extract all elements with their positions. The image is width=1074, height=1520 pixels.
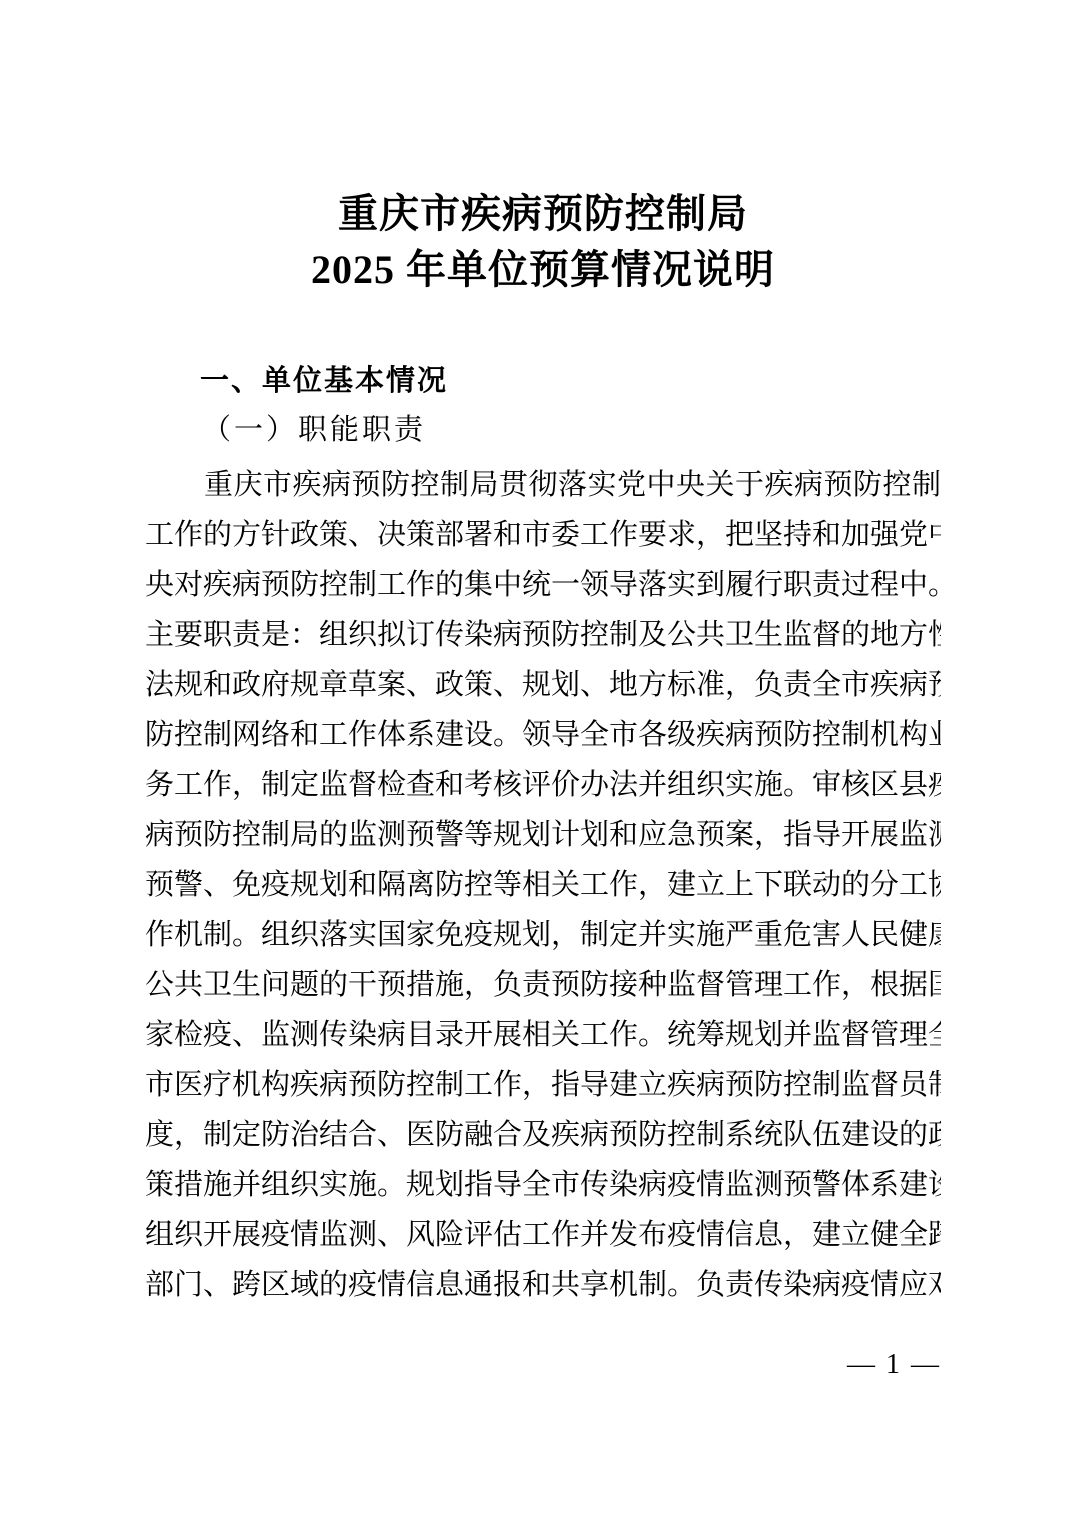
body-line: 工作的方针政策、决策部署和市委工作要求，把坚持和加强党中 [145,510,941,560]
document-page: 重庆市疾病预防控制局 2025 年单位预算情况说明 一、单位基本情况 （一）职能… [0,0,1074,1520]
body-line: 策措施并组织实施。规划指导全市传染病疫情监测预警体系建设， [145,1160,941,1210]
document-title-line1: 重庆市疾病预防控制局 [145,186,941,242]
body-line: 部门、跨区域的疫情信息通报和共享机制。负责传染病疫情应对 [145,1260,941,1310]
body-line: 法规和政府规章草案、政策、规划、地方标准，负责全市疾病预 [145,660,941,710]
subsection-heading: （一）职能职责 [202,411,426,449]
body-line: 病预防控制局的监测预警等规划计划和应急预案，指导开展监测 [145,810,941,860]
document-title: 重庆市疾病预防控制局 2025 年单位预算情况说明 [145,186,941,298]
body-line: 防控制网络和工作体系建设。领导全市各级疾病预防控制机构业 [145,710,941,760]
document-title-line2: 2025 年单位预算情况说明 [145,242,941,298]
body-line: 公共卫生问题的干预措施，负责预防接种监督管理工作，根据国 [145,960,941,1010]
body-line: 务工作，制定监督检查和考核评价办法并组织实施。审核区县疾 [145,760,941,810]
body-line: 预警、免疫规划和隔离防控等相关工作，建立上下联动的分工协 [145,860,941,910]
page-number: — 1 — [847,1348,941,1382]
body-line: 度，制定防治结合、医防融合及疾病预防控制系统队伍建设的政 [145,1110,941,1160]
body-paragraph: 重庆市疾病预防控制局贯彻落实党中央关于疾病预防控制 工作的方针政策、决策部署和市… [145,460,941,1310]
section-heading: 一、单位基本情况 [200,362,448,400]
body-line: 作机制。组织落实国家免疫规划，制定并实施严重危害人民健康 [145,910,941,960]
body-line: 市医疗机构疾病预防控制工作，指导建立疾病预防控制监督员制 [145,1060,941,1110]
body-line: 重庆市疾病预防控制局贯彻落实党中央关于疾病预防控制 [145,460,941,510]
body-line: 央对疾病预防控制工作的集中统一领导落实到履行职责过程中。 [145,560,941,610]
body-line: 家检疫、监测传染病目录开展相关工作。统筹规划并监督管理全 [145,1010,941,1060]
body-line: 组织开展疫情监测、风险评估工作并发布疫情信息，建立健全跨 [145,1210,941,1260]
content-column: 重庆市疾病预防控制局 2025 年单位预算情况说明 一、单位基本情况 （一）职能… [145,0,941,1520]
body-line: 主要职责是：组织拟订传染病预防控制及公共卫生监督的地方性 [145,610,941,660]
